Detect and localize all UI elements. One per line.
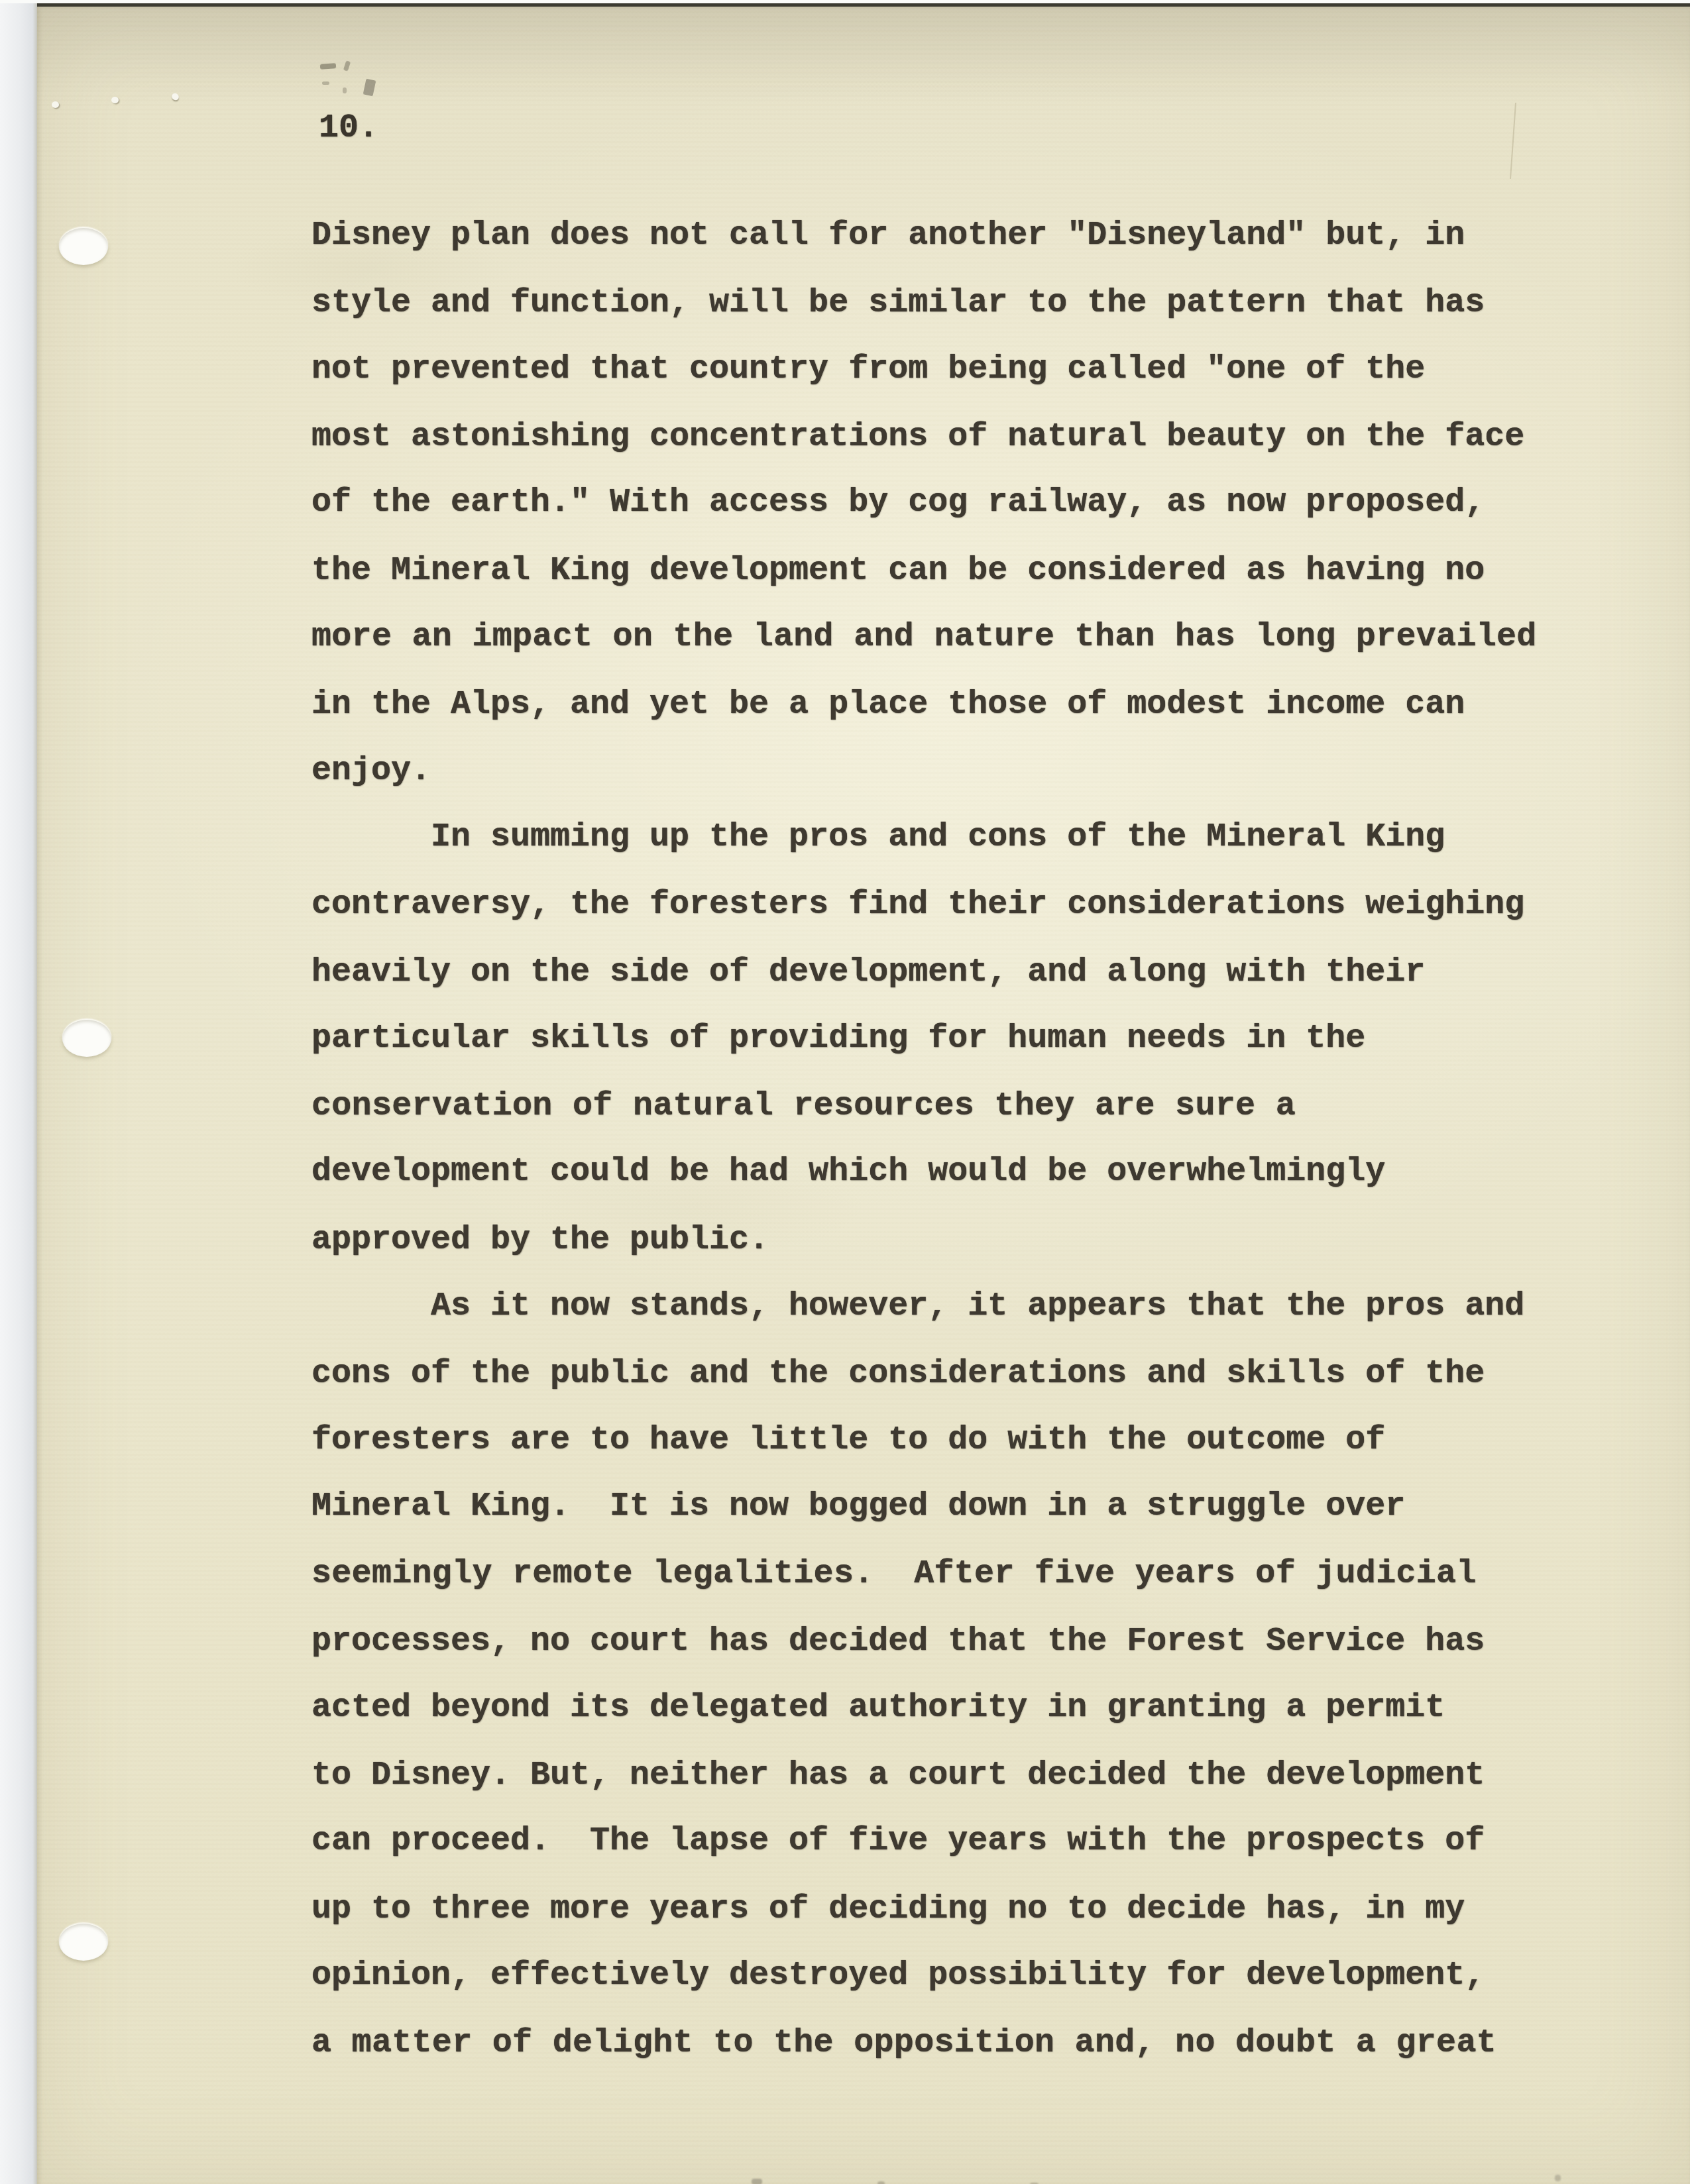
typed-line: acted beyond its delegated authority in … xyxy=(311,1674,1537,1741)
typed-line: As it now stands, however, it appears th… xyxy=(311,1273,1537,1340)
typed-line: can proceed. The lapse of five years wit… xyxy=(311,1808,1537,1875)
typed-line: of the earth." With access by cog railwa… xyxy=(311,469,1537,536)
bottom-edge-smudge xyxy=(1555,2175,1561,2181)
typed-line: style and function, will be similar to t… xyxy=(311,270,1537,337)
manuscript-page: 10. Disney plan does not call for anothe… xyxy=(37,3,1690,2184)
typed-line: foresters are to have little to do with … xyxy=(311,1407,1537,1474)
typed-line: up to three more years of deciding no to… xyxy=(311,1876,1537,1943)
typed-line: in the Alps, and yet be a place those of… xyxy=(311,671,1537,738)
typed-line: not prevented that country from being ca… xyxy=(311,336,1537,403)
bottom-edge-smudge xyxy=(877,2181,885,2184)
typed-line: most astonishing concentrations of natur… xyxy=(311,404,1537,470)
hole-punch-bottom xyxy=(59,1924,108,1961)
typed-line: enjoy. xyxy=(311,737,1537,804)
typed-line: a matter of delight to the opposition an… xyxy=(311,2010,1537,2077)
hole-punch-middle xyxy=(62,1020,111,1057)
pencil-mark xyxy=(343,60,351,71)
typed-line: contraversy, the foresters find their co… xyxy=(311,871,1537,938)
pencil-mark xyxy=(322,82,329,85)
bottom-edge-smudge xyxy=(752,2179,762,2184)
pencil-mark xyxy=(320,63,336,70)
typed-line: opinion, effectively destroyed possibili… xyxy=(311,1942,1537,2009)
typed-line: seemingly remote legalities. After five … xyxy=(311,1541,1537,1608)
typed-line: to Disney. But, neither has a court deci… xyxy=(311,1742,1537,1809)
typed-line: Mineral King. It is now bogged down in a… xyxy=(311,1473,1537,1540)
page-number: 10. xyxy=(319,95,378,162)
paper-speck xyxy=(170,92,180,102)
paper-top-shading xyxy=(37,7,1690,106)
typed-line: particular skills of providing for human… xyxy=(311,1005,1537,1072)
typed-line: the Mineral King development can be cons… xyxy=(311,537,1537,604)
paper-scratch xyxy=(1510,103,1516,179)
scanner-bed-left-strip xyxy=(0,0,37,2184)
pencil-mark xyxy=(363,79,376,97)
typed-line: approved by the public. xyxy=(311,1207,1537,1274)
typed-line: more an impact on the land and nature th… xyxy=(311,604,1537,671)
paper-speck xyxy=(111,97,119,103)
pencil-mark xyxy=(343,87,347,93)
typed-line: In summing up the pros and cons of the M… xyxy=(311,804,1537,871)
typed-text-block: Disney plan does not call for another "D… xyxy=(311,202,1537,2076)
paper-speck xyxy=(52,101,59,108)
typed-line: processes, no court has decided that the… xyxy=(311,1608,1537,1675)
typed-line: cons of the public and the consideration… xyxy=(311,1340,1537,1407)
typed-line: development could be had which would be … xyxy=(311,1138,1537,1205)
typed-line: heavily on the side of development, and … xyxy=(311,939,1537,1006)
hole-punch-top xyxy=(59,228,108,265)
typed-line: Disney plan does not call for another "D… xyxy=(311,202,1537,269)
typed-line: conservation of natural resources they a… xyxy=(311,1073,1537,1140)
